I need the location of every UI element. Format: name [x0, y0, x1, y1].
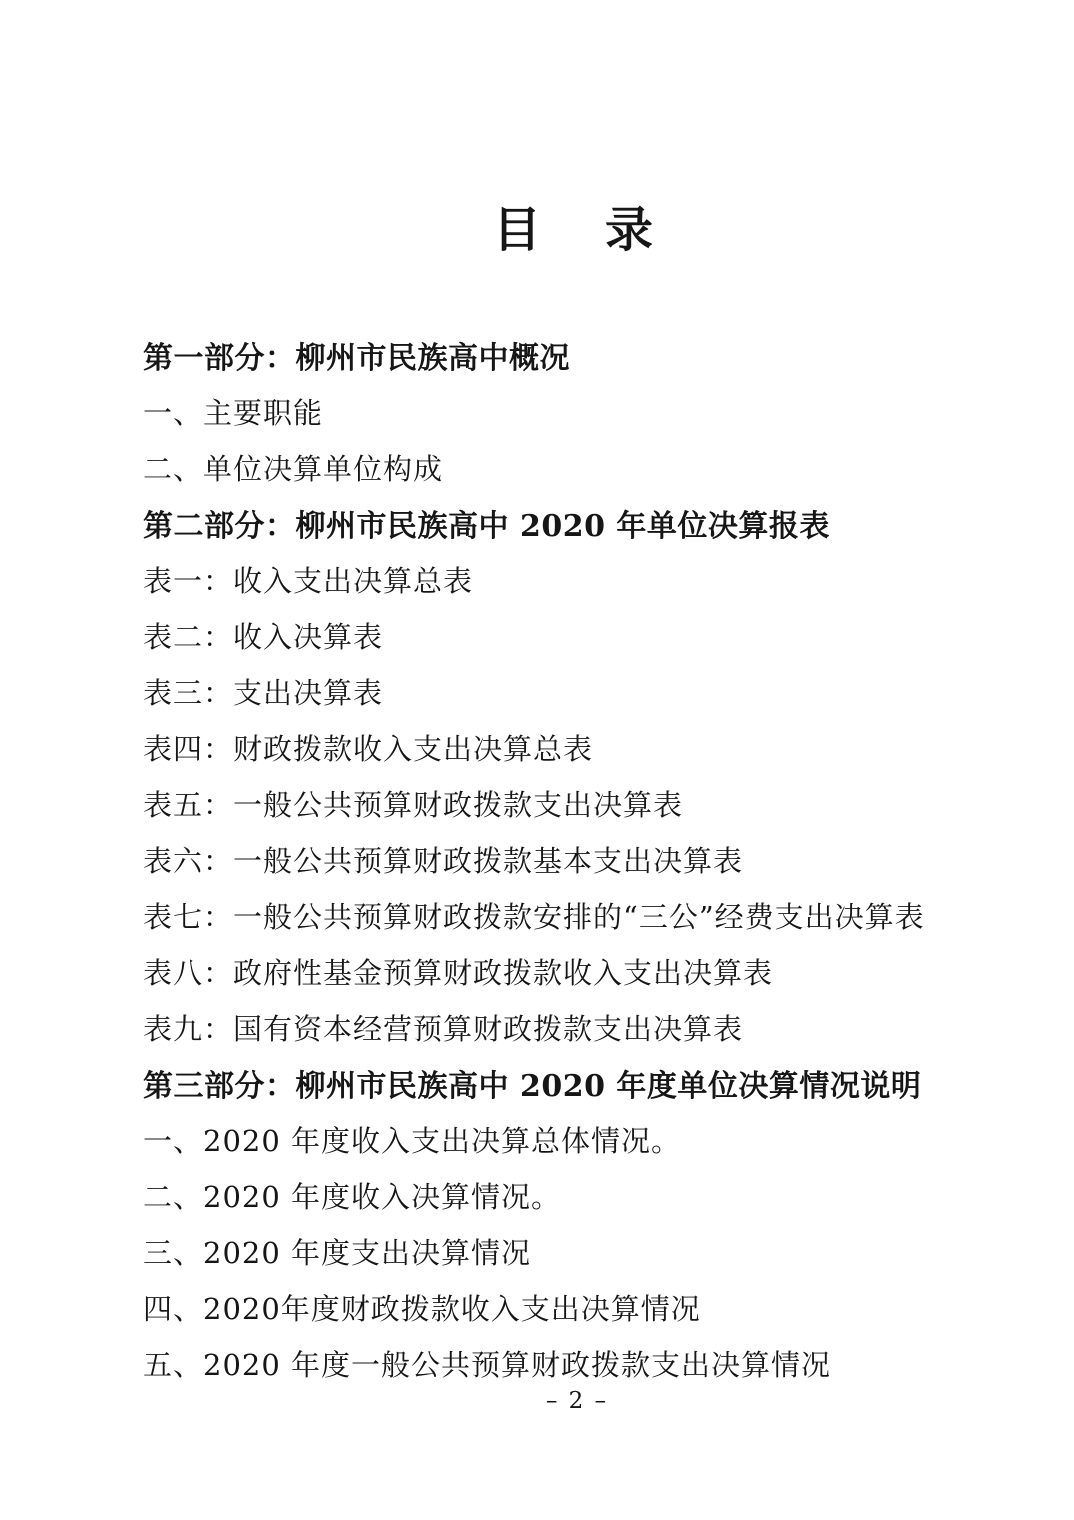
document-page: 目 录 第一部分：柳州市民族高中概况 一、主要职能 二、单位决算单位构成 第二部… [0, 0, 1074, 1520]
toc-item: 表九：国有资本经营预算财政拨款支出决算表 [143, 999, 1014, 1055]
page-title: 目 录 [40, 200, 1074, 260]
page-number: – 2 – [40, 1388, 1074, 1414]
toc-item: 表六：一般公共预算财政拨款基本支出决算表 [143, 831, 1014, 887]
toc-item: 表一：收入支出决算总表 [143, 551, 1014, 607]
toc-item: 表五：一般公共预算财政拨款支出决算表 [143, 775, 1014, 831]
toc-section-2-heading: 第二部分：柳州市民族高中 2020 年单位决算报表 [143, 495, 1014, 551]
toc-item: 表二：收入决算表 [143, 607, 1014, 663]
toc-item: 表八：政府性基金预算财政拨款收入支出决算表 [143, 943, 1014, 999]
toc-item: 表七：一般公共预算财政拨款安排的“三公”经费支出决算表 [143, 887, 1014, 943]
table-of-contents: 第一部分：柳州市民族高中概况 一、主要职能 二、单位决算单位构成 第二部分：柳州… [143, 327, 1014, 1391]
toc-item: 二、单位决算单位构成 [143, 439, 1014, 495]
toc-item: 表三：支出决算表 [143, 663, 1014, 719]
toc-section-3-heading: 第三部分：柳州市民族高中 2020 年度单位决算情况说明 [143, 1055, 1014, 1111]
toc-item: 表四：财政拨款收入支出决算总表 [143, 719, 1014, 775]
toc-section-1-heading: 第一部分：柳州市民族高中概况 [143, 327, 1014, 383]
toc-item: 一、主要职能 [143, 383, 1014, 439]
toc-item: 三、2020 年度支出决算情况 [143, 1223, 1014, 1279]
toc-item: 四、2020年度财政拨款收入支出决算情况 [143, 1279, 1014, 1335]
toc-item: 五、2020 年度一般公共预算财政拨款支出决算情况 [143, 1335, 1014, 1391]
toc-item: 一、2020 年度收入支出决算总体情况。 [143, 1111, 1014, 1167]
toc-item: 二、2020 年度收入决算情况。 [143, 1167, 1014, 1223]
